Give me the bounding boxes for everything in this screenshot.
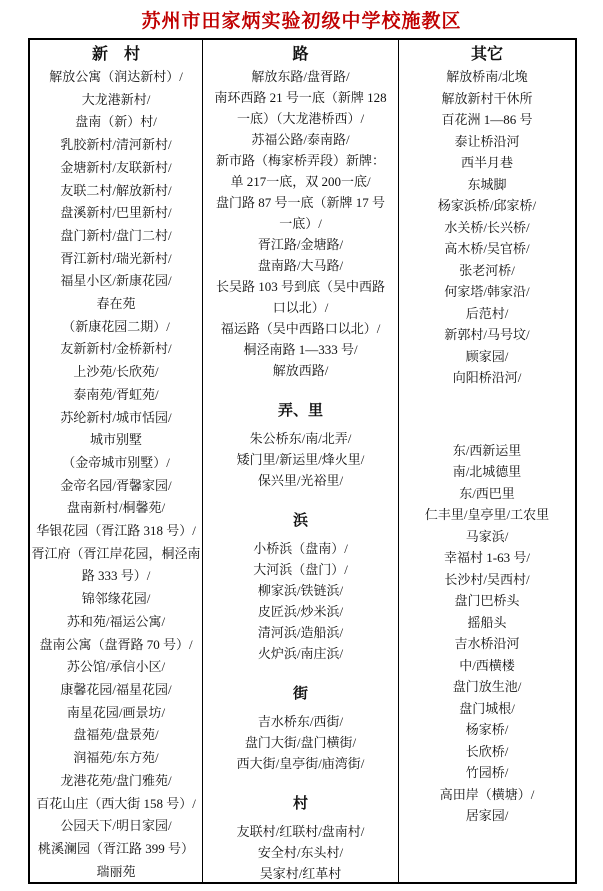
list-line: 友新新村/金桥新村/ [30,338,202,361]
list-line: 摇船头 [399,612,575,634]
section-heading: 村 [203,793,398,815]
list-line: 盘门巴桥头 [399,590,575,612]
column-new-village: 新 村解放公寓（润达新村）/大龙港新村/盘南（新）村/乳胶新村/清河新村/金塘新… [30,40,203,882]
list-line: 东城脚 [399,174,575,196]
list-line: 中/西横楼 [399,655,575,677]
list-line: 单 217一底，双 200一底/ [203,171,398,192]
list-line: 南星花园/画景坊/ [30,702,202,725]
list-line: 南环西路 21 号一底（新牌 128 [203,87,398,108]
section-heading: 街 [203,683,398,705]
column-other: 其它解放桥南/北堍解放新村干休所百花洲 1—86 号泰让桥沿河西半月巷东城脚杨家… [399,40,575,882]
section: 弄、里朱公桥东/南/北弄/矮门里/新运里/烽火里/保兴里/光裕里/ [203,400,398,491]
list-line: 苏公馆/承信小区/ [30,656,202,679]
list-line: 长吴路 103 号到底（吴中西路 [203,276,398,297]
list-line: 东/西巴里 [399,483,575,505]
list-line: 盘南公寓（盘胥路 70 号）/ [30,634,202,657]
list-line: 路 333 号）/ [30,565,202,588]
list-line: 盘门放生池/ [399,676,575,698]
column-road: 路解放东路/盘胥路/南环西路 21 号一底（新牌 128一底）（大龙港桥西）/苏… [203,40,399,882]
list-line: 解放公寓（润达新村）/ [30,66,202,89]
list-line: 杨家桥/ [399,719,575,741]
list-line: 火炉浜/南庄浜/ [203,643,398,664]
list-line: 金帝名园/胥馨家园/ [30,475,202,498]
list-line: 苏福公路/泰南路/ [203,129,398,150]
list-line: 何家塔/韩家沿/ [399,281,575,303]
list-line: 长欣桥/ [399,741,575,763]
list-line: 仁丰里/皇亭里/工农里 [399,504,575,526]
list-line: 马家浜/ [399,526,575,548]
list-line: （新康花园二期）/ [30,316,202,339]
list-line: 水关桥/长兴桥/ [399,217,575,239]
list-line: 东/西新运里 [399,440,575,462]
list-line: 瑞丽苑 [30,861,202,882]
list-line: 康馨花园/福星花园/ [30,679,202,702]
column-header: 其它 [399,43,575,66]
list-line: 胥江新村/瑞光新村/ [30,248,202,271]
document-page: 苏州市田家炳实验初级中学校施教区 新 村解放公寓（润达新村）/大龙港新村/盘南（… [0,0,603,891]
list-line: 苏纶新村/城市恬园/ [30,407,202,430]
list-line: 后范村/ [399,303,575,325]
list-line: 解放东路/盘胥路/ [203,66,398,87]
list-line: 润福苑/东方苑/ [30,747,202,770]
list-line: 福运路（吴中西路口以北）/ [203,318,398,339]
list-line: 胥江路/金塘路/ [203,234,398,255]
list-line: 新市路（梅家桥弄段）新牌： [203,150,398,171]
list-line: 吉水桥沿河 [399,633,575,655]
list-line: 矮门里/新运里/烽火里/ [203,449,398,470]
list-line: 泰南苑/胥虹苑/ [30,384,202,407]
list-line: 苏和苑/福运公寓/ [30,611,202,634]
list-line: 上沙苑/长欣苑/ [30,361,202,384]
list-line: 长沙村/吴西村/ [399,569,575,591]
list-line: 竹园桥/ [399,762,575,784]
list-line: 盘门大街/盘门横街/ [203,732,398,753]
list-line: 吉水桥东/西街/ [203,711,398,732]
section: 浜小桥浜（盘南）/大河浜（盘门）/柳家浜/铁链浜/皮匠浜/炒米浜/清河浜/造船浜… [203,510,398,664]
list-line: 友联村/红联村/盘南村/ [203,821,398,842]
list-line: 盘门路 87 号一底（新牌 17 号 [203,192,398,213]
list-line: 胥江府（胥江岸花园，桐泾南 [30,543,202,566]
list-line: 柳家浜/铁链浜/ [203,580,398,601]
list-line: 桐泾南路 1—333 号/ [203,339,398,360]
list-line: 大河浜（盘门）/ [203,559,398,580]
list-line: 华银花园（胥江路 318 号）/ [30,520,202,543]
column-header: 新 村 [30,43,202,66]
page-title: 苏州市田家炳实验初级中学校施教区 [0,6,603,33]
list-line: 春在苑 [30,293,202,316]
list-line: 盘南（新）村/ [30,111,202,134]
section: 村友联村/红联村/盘南村/安全村/东头村/吴家村/红革村 [203,793,398,882]
list-line: 吴家村/红革村 [203,863,398,882]
section: 东/西新运里南/北城德里东/西巴里仁丰里/皇亭里/工农里马家浜/幸福村 1-63… [399,440,575,827]
list-line: 西大街/皇亭街/庙湾街/ [203,753,398,774]
list-line: （金帝城市别墅）/ [30,452,202,475]
list-line: 金塘新村/友联新村/ [30,157,202,180]
list-line: 向阳桥沿河/ [399,367,575,389]
list-line: 百花山庄（西大街 158 号）/ [30,793,202,816]
list-line: 幸福村 1-63 号/ [399,547,575,569]
list-line: 高木桥/吴官桥/ [399,238,575,260]
list-line: 百花洲 1—86 号 [399,109,575,131]
section: 解放桥南/北堍解放新村干休所百花洲 1—86 号泰让桥沿河西半月巷东城脚杨家浜桥… [399,66,575,389]
list-line: 安全村/东头村/ [203,842,398,863]
list-line: 清河浜/造船浜/ [203,622,398,643]
list-line: 一底）/ [203,213,398,234]
list-line: 解放桥南/北堍 [399,66,575,88]
list-line: 友联二村/解放新村/ [30,180,202,203]
list-line: 口以北）/ [203,297,398,318]
list-line: 盘南新村/桐馨苑/ [30,497,202,520]
list-line: 盘福苑/盘景苑/ [30,724,202,747]
section: 解放公寓（润达新村）/大龙港新村/盘南（新）村/乳胶新村/清河新村/金塘新村/友… [30,66,202,882]
list-line: 朱公桥东/南/北弄/ [203,428,398,449]
section-heading: 浜 [203,510,398,532]
list-line: 盘门新村/盘门二村/ [30,225,202,248]
list-line: 西半月巷 [399,152,575,174]
list-line: 解放西路/ [203,360,398,381]
list-line: 一底）（大龙港桥西）/ [203,108,398,129]
list-line: 大龙港新村/ [30,89,202,112]
list-line: 盘门城根/ [399,698,575,720]
list-line: 皮匠浜/炒米浜/ [203,601,398,622]
list-line: 盘南路/大马路/ [203,255,398,276]
list-line: 泰让桥沿河 [399,131,575,153]
list-line: 福星小区/新康花园/ [30,270,202,293]
section: 街吉水桥东/西街/盘门大街/盘门横街/西大街/皇亭街/庙湾街/ [203,683,398,774]
list-line: 锦邻缘花园/ [30,588,202,611]
list-line: 小桥浜（盘南）/ [203,538,398,559]
list-line: 杨家浜桥/邱家桥/ [399,195,575,217]
list-line: 南/北城德里 [399,461,575,483]
list-line: 城市别墅 [30,429,202,452]
list-line: 乳胶新村/清河新村/ [30,134,202,157]
section: 解放东路/盘胥路/南环西路 21 号一底（新牌 128一底）（大龙港桥西）/苏福… [203,66,398,381]
column-header: 路 [203,43,398,66]
list-line: 新郭村/马号坟/ [399,324,575,346]
list-line: 保兴里/光裕里/ [203,470,398,491]
list-line: 张老河桥/ [399,260,575,282]
list-line: 顾家园/ [399,346,575,368]
list-line: 高田岸（横塘）/ [399,784,575,806]
list-line: 居家园/ [399,805,575,827]
list-line: 公园天下/明日家园/ [30,815,202,838]
list-line: 盘溪新村/巴里新村/ [30,202,202,225]
list-line: 龙港花苑/盘门雅苑/ [30,770,202,793]
section-heading: 弄、里 [203,400,398,422]
list-line: 解放新村干休所 [399,88,575,110]
district-table: 新 村解放公寓（润达新村）/大龙港新村/盘南（新）村/乳胶新村/清河新村/金塘新… [28,38,577,884]
list-line: 桃溪澜园（胥江路 399 号） [30,838,202,861]
